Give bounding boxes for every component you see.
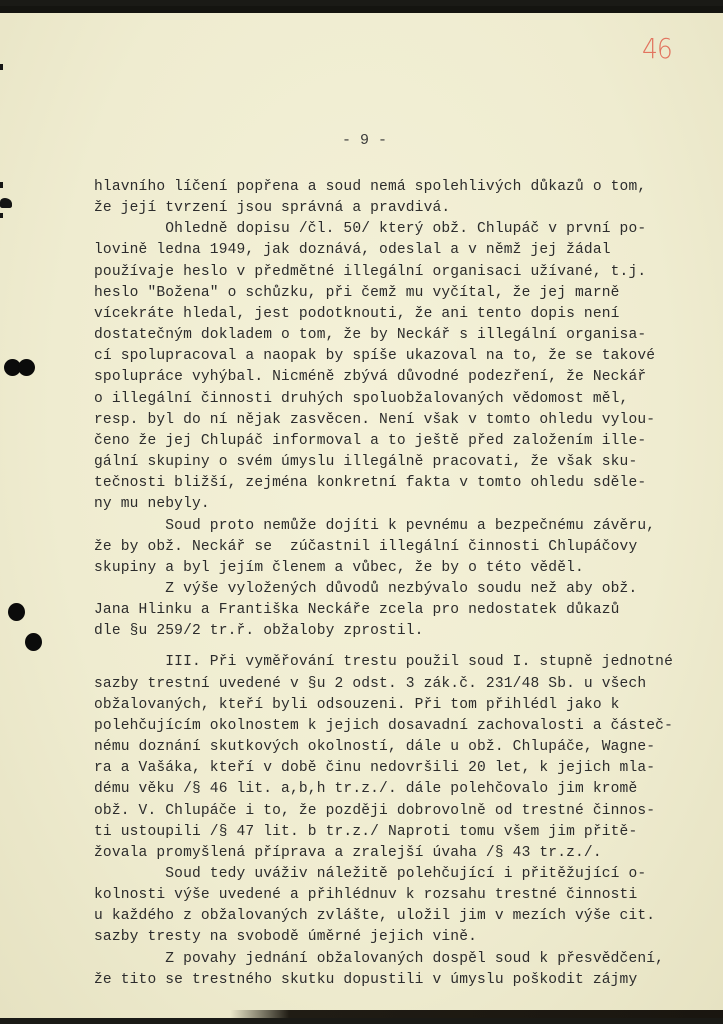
scan-bottom-edge: [230, 1010, 723, 1018]
text-line: sazby tresty na svobodě úměrné jejich vi…: [94, 927, 694, 948]
text-line: žovala promyšlená příprava a zralejší úv…: [94, 843, 694, 864]
text-line: vícekráte hledal, jest podotknouti, že a…: [94, 304, 694, 325]
text-line: že tito se trestného skutku dopustili v …: [94, 970, 694, 991]
text-line: hlavního líčení popřena a soud nemá spol…: [94, 177, 694, 198]
text-line: že její tvrzení jsou správná a pravdivá.: [94, 198, 694, 219]
text-line: tečnosti bližší, zejména konkretní fakta…: [94, 473, 694, 494]
text-line: obž. V. Chlupáče i to, že později dobrov…: [94, 801, 694, 822]
scan-top-edge: [0, 6, 723, 13]
margin-mark: [0, 198, 12, 208]
paragraph: Z povahy jednání obžalovaných dospěl sou…: [94, 949, 694, 991]
text-line: heslo "Božena" o schůzku, při čemž mu vy…: [94, 283, 694, 304]
margin-mark: [0, 64, 3, 70]
text-line: spolupráce vyhýbal. Nicméně zbývá důvodn…: [94, 367, 694, 388]
document-page: 46 - 9 - hlavního líčení popřena a soud …: [0, 6, 723, 1018]
text-line: skupiny a byl jejím členem a vůbec, že b…: [94, 558, 694, 579]
text-line: sazby trestní uvedené v §u 2 odst. 3 zák…: [94, 674, 694, 695]
margin-mark: [0, 213, 3, 218]
text-line: Z výše vyložených důvodů nezbývalo soudu…: [94, 579, 694, 600]
page-number: - 9 -: [0, 132, 723, 149]
text-line: lovině ledna 1949, jak doznává, odeslal …: [94, 240, 694, 261]
paragraph: hlavního líčení popřena a soud nemá spol…: [94, 177, 694, 219]
text-line: Z povahy jednání obžalovaných dospěl sou…: [94, 949, 694, 970]
text-line: obžalovaných, kteří byli odsouzeni. Při …: [94, 695, 694, 716]
typewritten-body: hlavního líčení popřena a soud nemá spol…: [94, 177, 694, 991]
text-line: Soud tedy uváživ náležitě polehčující i …: [94, 864, 694, 885]
text-line: dle §u 259/2 tr.ř. obžaloby zprostil.: [94, 621, 694, 642]
text-line: že by obž. Neckář se zúčastnil illegální…: [94, 537, 694, 558]
text-line: III. Při vyměřování trestu použil soud I…: [94, 652, 694, 673]
text-line: nému doznání skutkových okolností, dále …: [94, 737, 694, 758]
text-line: ra a Vašáka, kteří v době činu nedovršil…: [94, 758, 694, 779]
punch-hole: [25, 633, 42, 651]
text-line: dému věku /§ 46 lit. a,b,h tr.z./. dále …: [94, 779, 694, 800]
margin-mark: [0, 182, 3, 188]
text-line: polehčujícím okolnostem k jejich dosavad…: [94, 716, 694, 737]
text-line: používaje heslo v předmětné illegální or…: [94, 262, 694, 283]
punch-hole: [8, 603, 25, 621]
text-line: Jana Hlinku a Františka Neckáře zcela pr…: [94, 600, 694, 621]
handwritten-folio-number: 46: [642, 33, 672, 65]
text-line: čeno že jej Chlupáč informoval a to ješt…: [94, 431, 694, 452]
text-line: dostatečným dokladem o tom, že by Neckář…: [94, 325, 694, 346]
paragraph: Soud tedy uváživ náležitě polehčující i …: [94, 864, 694, 949]
paragraph: Ohledně dopisu /čl. 50/ který obž. Chlup…: [94, 219, 694, 515]
text-line: Ohledně dopisu /čl. 50/ který obž. Chlup…: [94, 219, 694, 240]
text-line: o illegální činnosti druhých spoluobžalo…: [94, 389, 694, 410]
text-line: resp. byl do ní nějak zasvěcen. Není vša…: [94, 410, 694, 431]
text-line: kolnosti výše uvedené a přihlédnuv k roz…: [94, 885, 694, 906]
paragraph: Soud proto nemůže dojíti k pevnému a bez…: [94, 516, 694, 579]
paragraph-gap: [94, 642, 694, 652]
text-line: gální skupiny o svém úmyslu illegálně pr…: [94, 452, 694, 473]
text-line: ti ustoupili /§ 47 lit. b tr.z./ Naproti…: [94, 822, 694, 843]
text-line: ny mu nebyly.: [94, 494, 694, 515]
text-line: Soud proto nemůže dojíti k pevnému a bez…: [94, 516, 694, 537]
text-line: u každého z obžalovaných zvlášte, uložil…: [94, 906, 694, 927]
text-line: cí spolupracoval a naopak by spíše ukazo…: [94, 346, 694, 367]
punch-hole: [18, 359, 35, 376]
paragraph: Z výše vyložených důvodů nezbývalo soudu…: [94, 579, 694, 642]
paragraph-section-iii: III. Při vyměřování trestu použil soud I…: [94, 652, 694, 864]
